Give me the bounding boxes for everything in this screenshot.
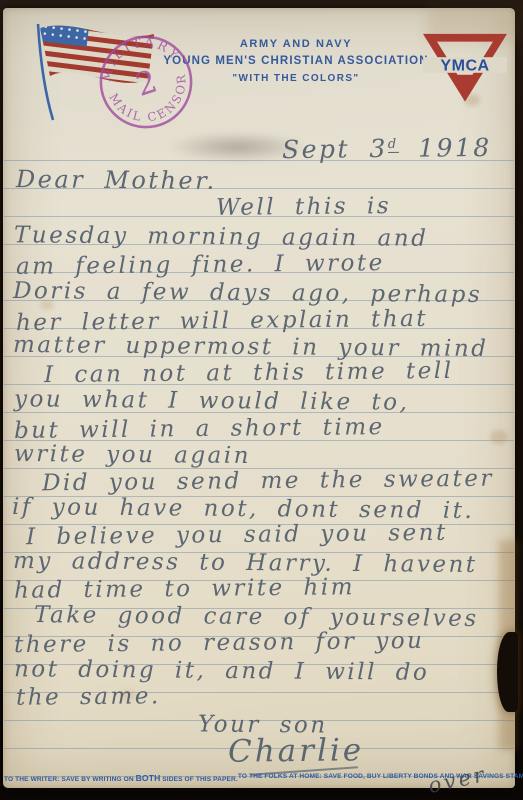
footer-writer-prefix: TO THE WRITER: SAVE BY WRITING ON bbox=[4, 776, 136, 783]
handwriting-line: her letter will explain that bbox=[16, 308, 428, 335]
stain-spot bbox=[490, 430, 508, 444]
salutation: Dear Mother. bbox=[16, 167, 217, 193]
handwriting-line: Tuesday morning again and bbox=[14, 224, 429, 251]
handwriting-line: not doing it, and I will do bbox=[14, 658, 429, 685]
handwriting-line: I can not at this time tell bbox=[44, 360, 454, 387]
letterhead-line2: YOUNG MEN'S CHRISTIAN ASSOCIATION bbox=[150, 55, 442, 67]
handwriting-line: matter uppermost in your mind bbox=[13, 334, 489, 361]
handwriting-line: had time to write him bbox=[14, 576, 355, 603]
handwriting-line: there is no reason for you bbox=[14, 630, 425, 657]
date-month-day: Sept 3 bbox=[282, 134, 388, 164]
handwriting-line: but will in a short time bbox=[14, 416, 385, 443]
handwriting-line: if you have not, dont send it. bbox=[12, 496, 474, 523]
ymca-logo-text: YMCA bbox=[440, 56, 489, 74]
photo-backdrop: MILITARY MAIL CENSOR 2 ARMY AND NAVY YOU… bbox=[0, 0, 523, 800]
handwriting-line: Well this is bbox=[216, 195, 391, 220]
handwriting-line: my address to Harry. I havent bbox=[13, 550, 478, 577]
handwriting-line: Doris a few days ago, perhaps bbox=[13, 280, 482, 307]
date-superscript: d bbox=[388, 137, 399, 153]
torn-edge-notch bbox=[497, 632, 518, 712]
handwriting-line: Take good care of yourselves bbox=[34, 604, 479, 631]
handwriting-line: I believe you said you sent bbox=[26, 522, 448, 549]
stamp-number: 2 bbox=[131, 63, 161, 103]
letterhead-line1: ARMY AND NAVY bbox=[150, 38, 442, 50]
footer-writer-note: TO THE WRITER: SAVE BY WRITING ON BOTH S… bbox=[4, 773, 238, 783]
handwriting-line: Did you send me the sweater bbox=[42, 468, 494, 496]
footer-writer-emphasis: BOTH bbox=[136, 773, 161, 783]
date-year: 1918 bbox=[418, 133, 492, 163]
ymca-triangle-icon: YMCA bbox=[423, 28, 507, 102]
date-line: Sept 3d 1918 bbox=[282, 135, 492, 162]
handwriting-line: am feeling fine. I wrote bbox=[16, 252, 385, 279]
footer-writer-suffix: SIDES OF THIS PAPER. bbox=[160, 776, 237, 783]
handwriting-line: write you again bbox=[14, 443, 251, 468]
handwriting-line: you what I would like to, bbox=[14, 388, 410, 414]
handwriting-line: the same. bbox=[16, 685, 161, 710]
signature: Charlie bbox=[228, 735, 364, 767]
